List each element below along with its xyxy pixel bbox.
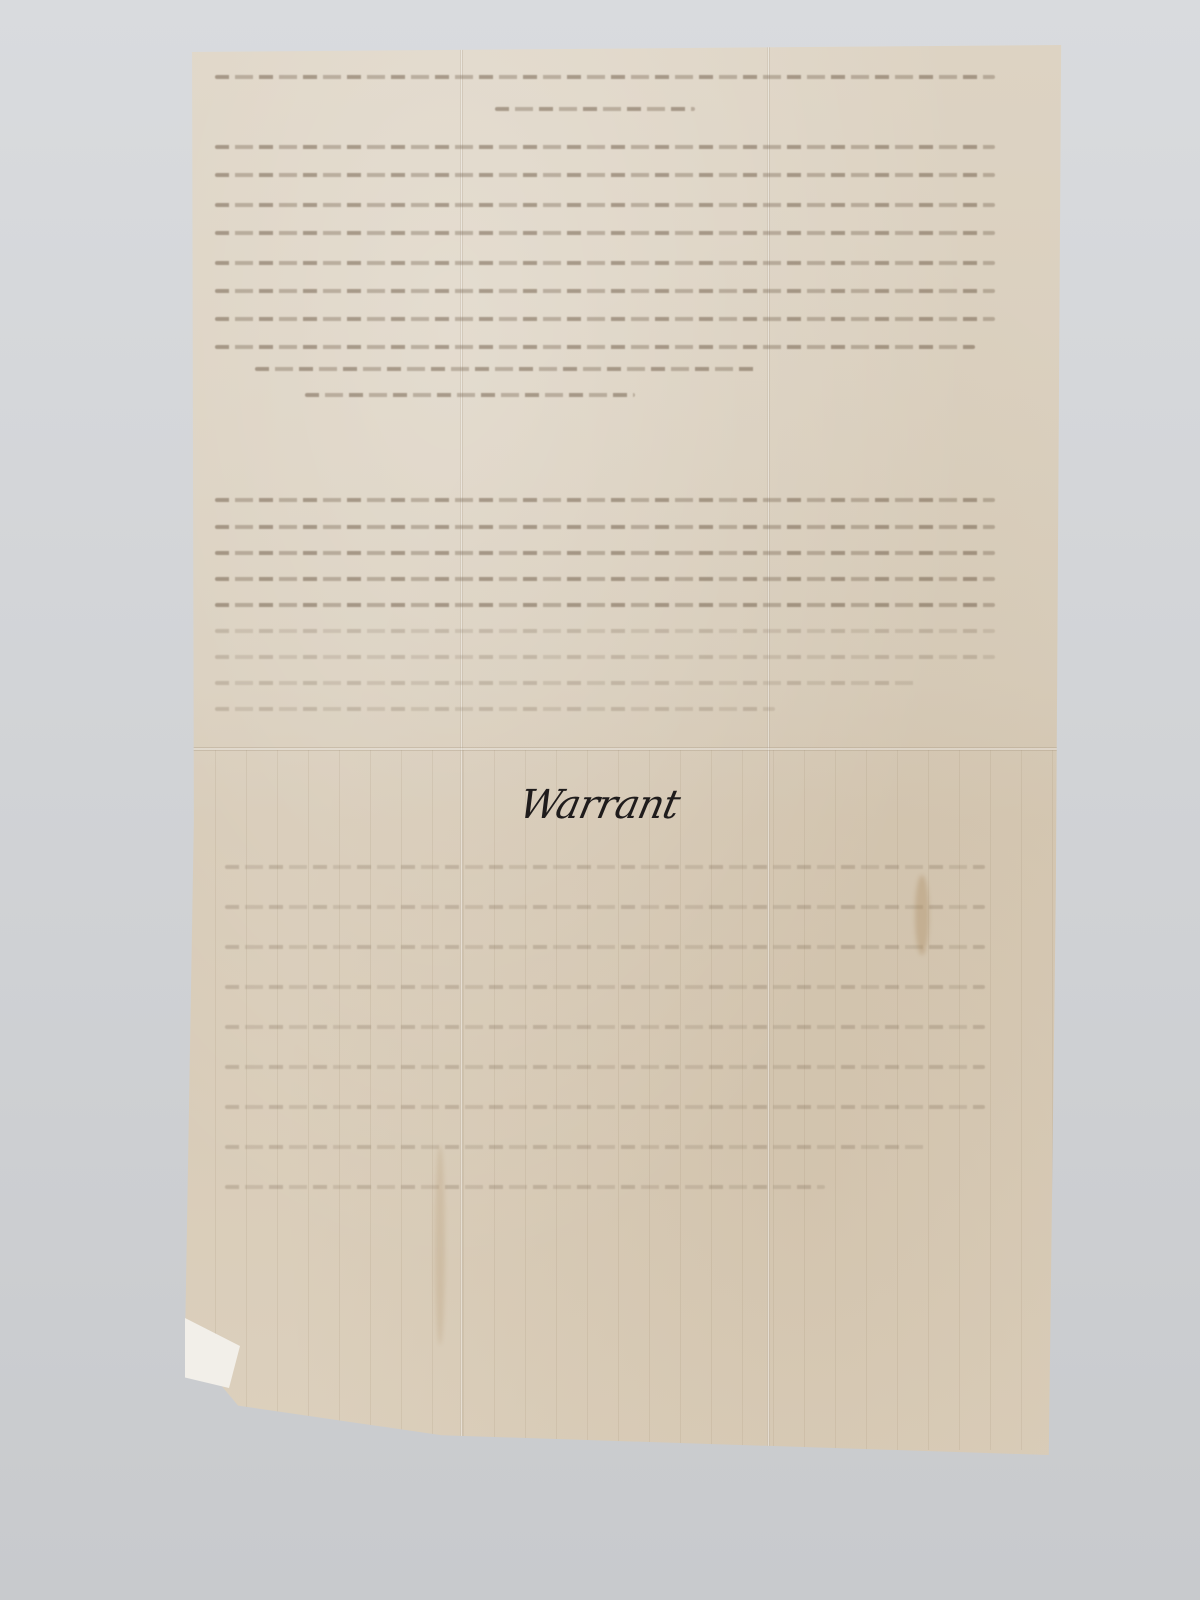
endorsement-title: Warrant xyxy=(515,782,683,828)
ruled-lines-lower xyxy=(185,750,1070,1450)
fold-stain xyxy=(435,1145,445,1345)
ink-stain xyxy=(915,875,929,955)
manuscript-paper xyxy=(185,45,1070,1455)
